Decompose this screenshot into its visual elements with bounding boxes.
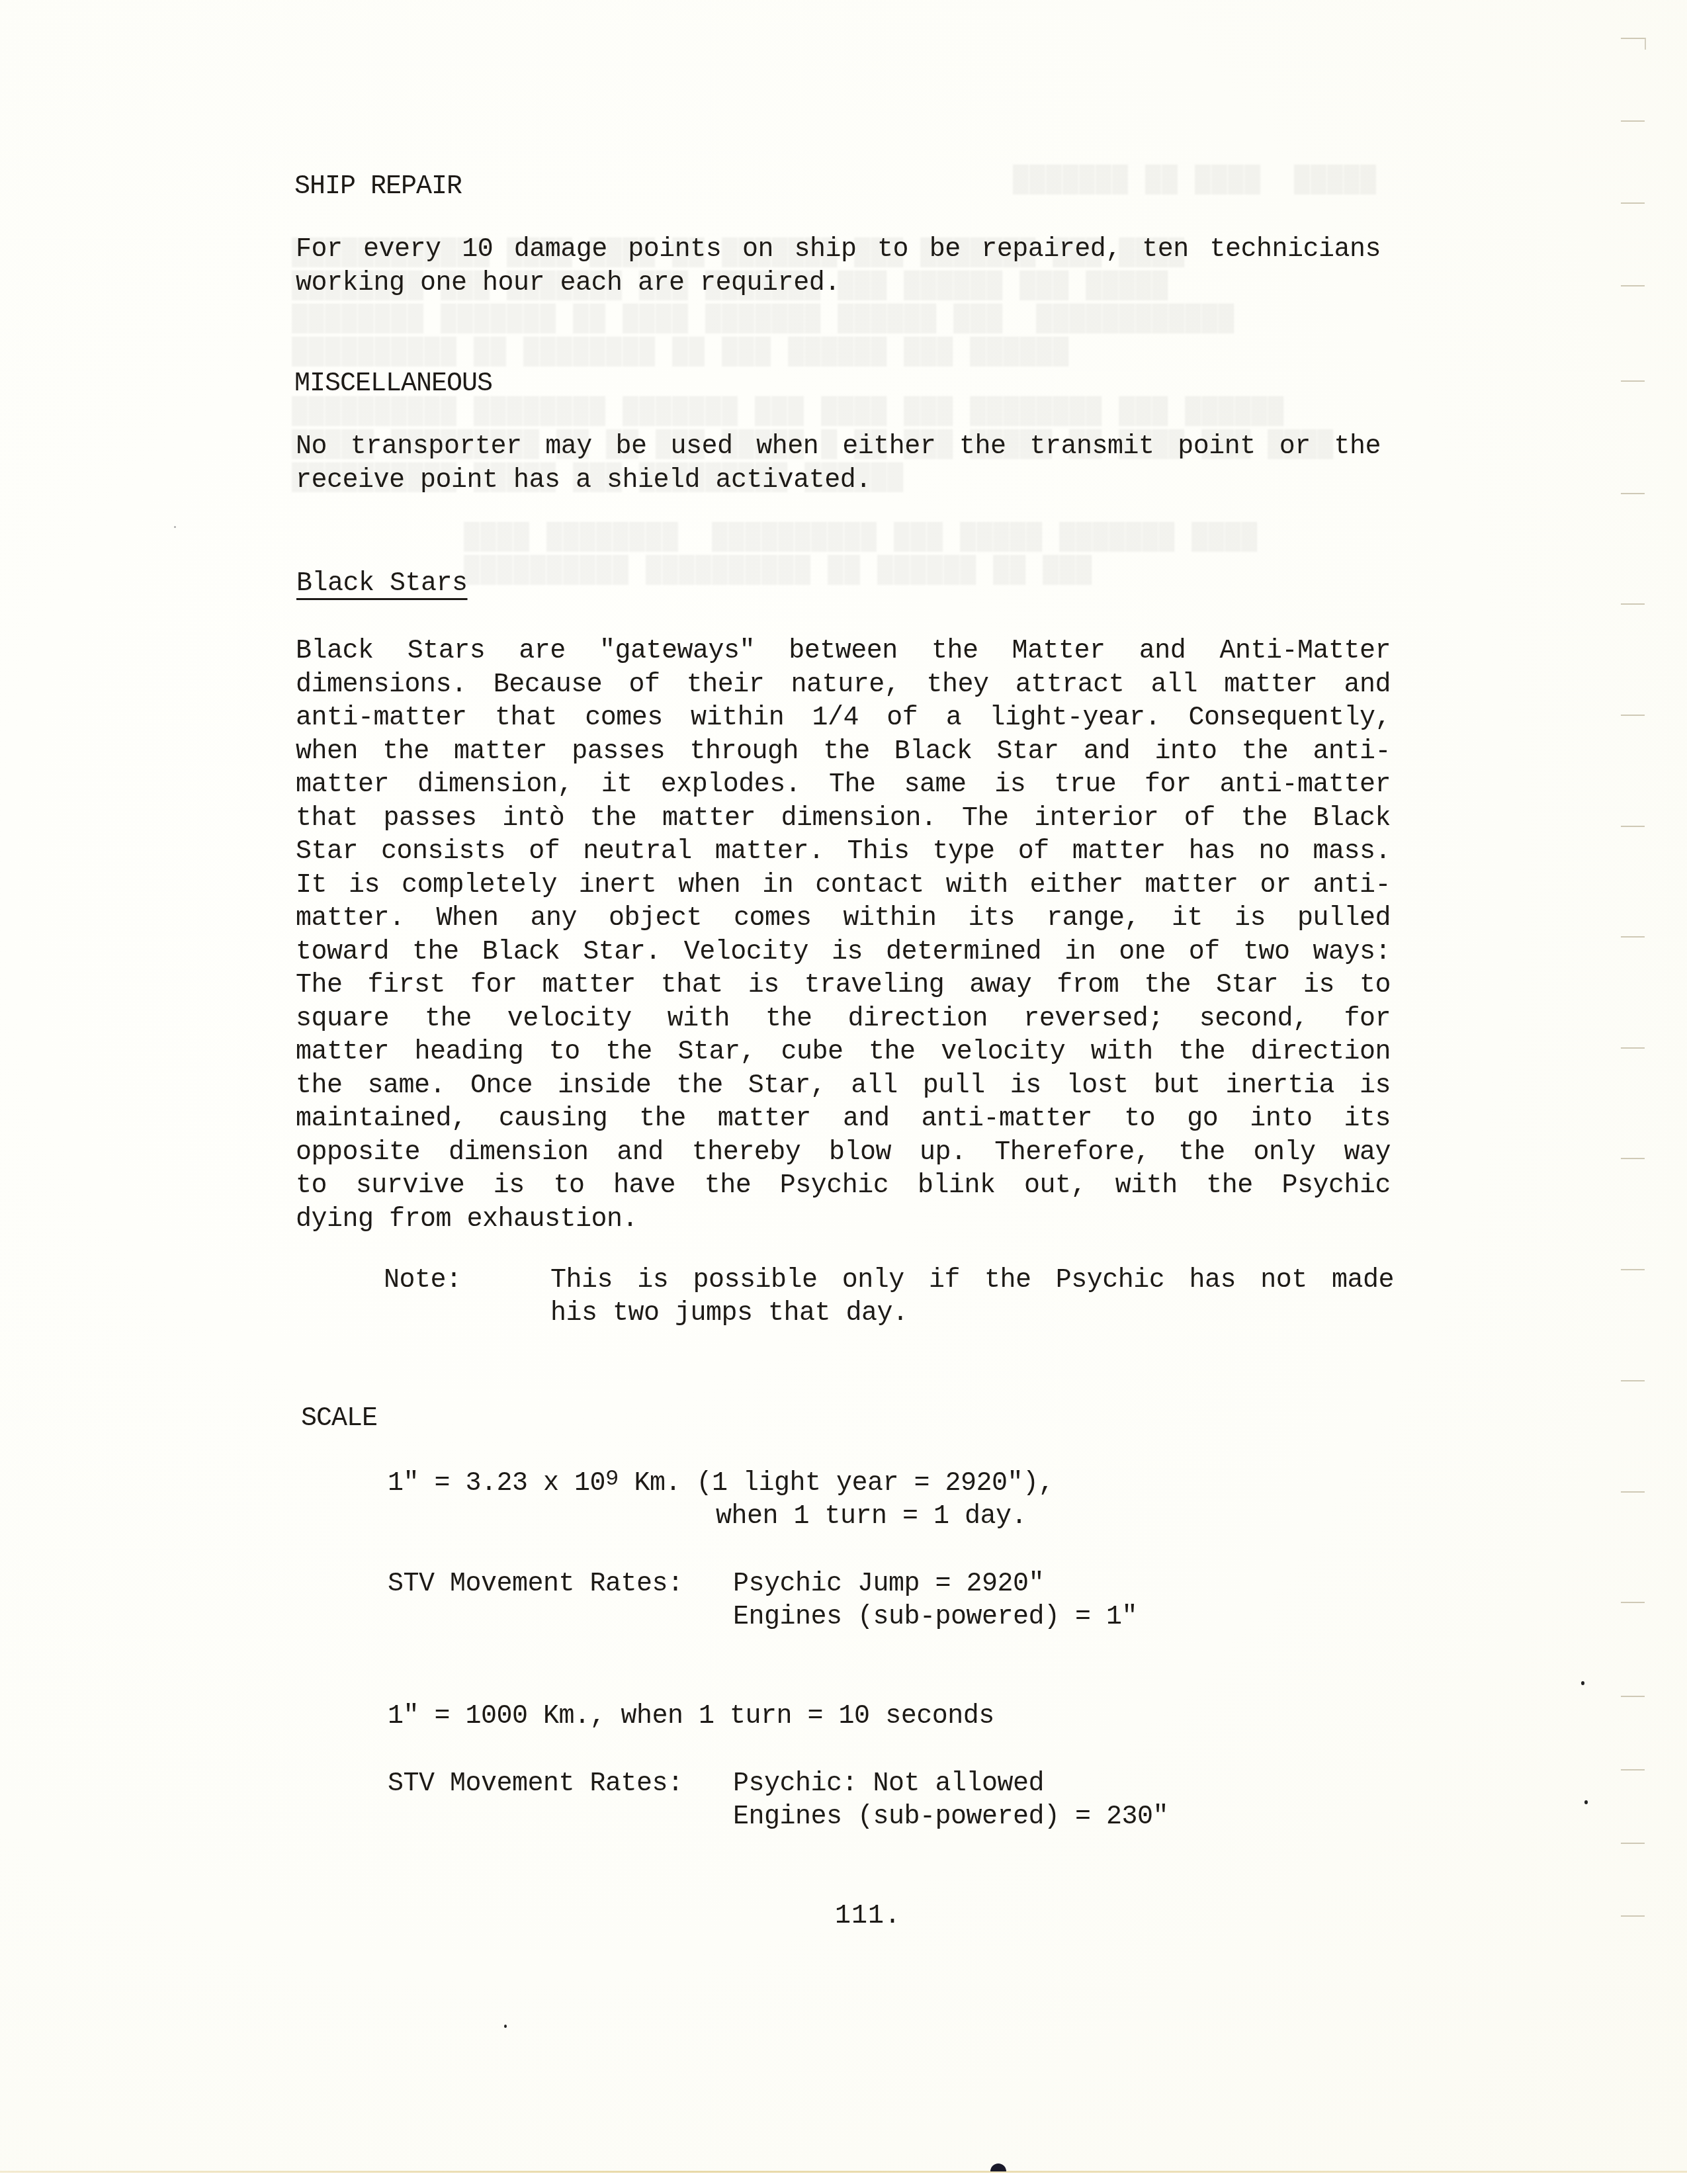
margin-tick-mark	[1621, 1602, 1645, 1603]
black-stars-line: opposite dimension and thereby blow up. …	[296, 1137, 1391, 1170]
margin-tick-mark	[1621, 1158, 1645, 1159]
scale1-continuation: when 1 turn = 1 day.	[716, 1501, 1027, 1534]
margin-tick-mark	[1621, 936, 1645, 938]
note-label: Note:	[384, 1264, 462, 1297]
note-line: his two jumps that day.	[550, 1297, 1394, 1331]
scale2-rates-label: STV Movement Rates:	[388, 1768, 683, 1801]
section-heading-scale: SCALE	[301, 1403, 377, 1436]
black-stars-line: matter heading to the Star, cube the vel…	[296, 1036, 1391, 1069]
miscellaneous-line: No transporter may be used when either t…	[296, 431, 1381, 464]
black-stars-line: that passes intò the matter dimension. T…	[296, 803, 1391, 836]
black-stars-line: matter dimension, it explodes. The same …	[296, 769, 1391, 802]
black-stars-line: Black Stars are "gateways" between the M…	[296, 635, 1391, 668]
black-stars-line: It is completely inert when in contact w…	[296, 869, 1391, 902]
bleed-through-text: ███ ██ ██████ ██ ██████████ ██████████	[463, 556, 1092, 586]
black-stars-line: toward the Black Star. Velocity is deter…	[296, 936, 1391, 969]
ship-repair-line: working one hour each are required.	[296, 267, 1381, 300]
paper-speck	[174, 526, 176, 528]
scale2-rate: Engines (sub-powered) = 230″	[733, 1801, 1168, 1834]
margin-tick-mark	[1621, 715, 1645, 716]
bleed-through-text: ██████ ███ ████████ ███ ████ ███ ███████…	[291, 397, 1283, 427]
black-stars-line: The first for matter that is traveling a…	[296, 969, 1391, 1002]
ship-repair-line: For every 10 damage points on ship to be…	[296, 234, 1381, 267]
margin-tick-mark	[1621, 380, 1645, 382]
black-stars-line: the same. Once inside the Star, all pull…	[296, 1070, 1391, 1103]
scale2-definition: 1" = 1000 Km., when 1 turn = 10 seconds	[388, 1700, 994, 1733]
black-stars-line: matter. When any object comes within its…	[296, 902, 1391, 936]
scale1-rates-label: STV Movement Rates:	[388, 1568, 683, 1601]
margin-tick-mark	[1621, 38, 1645, 39]
section-heading-ship-repair: SHIP REPAIR	[294, 171, 462, 204]
bleed-through-text: ████ ███████ █████ ███ ██████████ ██████…	[463, 523, 1257, 552]
paper-speck	[504, 2025, 507, 2028]
section-heading-miscellaneous: MISCELLANEOUS	[294, 368, 492, 401]
black-stars-line: anti-matter that comes within 1/4 of a l…	[296, 702, 1391, 735]
margin-tick-mark	[1621, 1696, 1645, 1697]
scale2-rate: Psychic: Not allowed	[733, 1768, 1044, 1801]
scan-margin	[0, 2173, 1687, 2184]
margin-tick-mark	[1621, 1769, 1645, 1770]
black-stars-line: dimensions. Because of their nature, the…	[296, 669, 1391, 702]
margin-tick-mark	[1621, 826, 1645, 827]
margin-tick-mark	[1621, 603, 1645, 605]
scale1-prefix: 1" = 3.23 x 10	[388, 1469, 605, 1499]
black-stars-line: when the matter passes through the Black…	[296, 736, 1391, 769]
margin-tick-mark	[1621, 1491, 1645, 1493]
black-stars-line: maintained, causing the matter and anti-…	[296, 1103, 1391, 1136]
scale1-definition: 1" = 3.23 x 109 Km. (1 light year = 2920…	[388, 1467, 1054, 1501]
bleed-through-text: ████████████ ███ ██████ ███████ ████ ██ …	[291, 304, 1234, 334]
scale1-exponent: 9	[605, 1467, 619, 1492]
miscellaneous-line: receive point has a shield activated.	[296, 464, 1381, 498]
note-line: This is possible only if the Psychic has…	[550, 1264, 1394, 1297]
margin-tick-mark	[1621, 1915, 1645, 1917]
margin-tick-mark	[1621, 1047, 1645, 1049]
margin-tick-mark	[1621, 1380, 1645, 1381]
black-stars-line: square the velocity with the direction r…	[296, 1003, 1391, 1036]
black-stars-line: Star consists of neutral matter. This ty…	[296, 836, 1391, 869]
scale1-suffix: Km. (1 light year = 2920"),	[619, 1469, 1054, 1499]
paper-speck	[1584, 1800, 1588, 1804]
margin-tick-mark	[1621, 120, 1645, 122]
paper-speck	[1581, 1681, 1584, 1685]
page-number: 111.	[835, 1900, 901, 1933]
black-stars-line: dying from exhaustion.	[296, 1203, 1391, 1237]
bleed-through-text: █████ ████ ██ ███████	[1012, 165, 1376, 195]
margin-tick-mark	[1621, 285, 1645, 286]
margin-tick-mark	[1621, 1843, 1645, 1844]
margin-tick-mark	[1621, 493, 1645, 494]
black-stars-line: to survive is to have the Psychic blink …	[296, 1170, 1391, 1203]
scale1-rate: Psychic Jump = 2920"	[733, 1568, 1044, 1601]
margin-tick-mark	[1621, 1269, 1645, 1270]
section-heading-black-stars: Black Stars	[296, 568, 468, 601]
bleed-through-text: ██████ ███ ██████ ███ ██ ████████ ██ ███…	[291, 337, 1068, 367]
margin-tick-mark	[1621, 202, 1645, 204]
scale1-rate: Engines (sub-powered) = 1"	[733, 1601, 1137, 1634]
